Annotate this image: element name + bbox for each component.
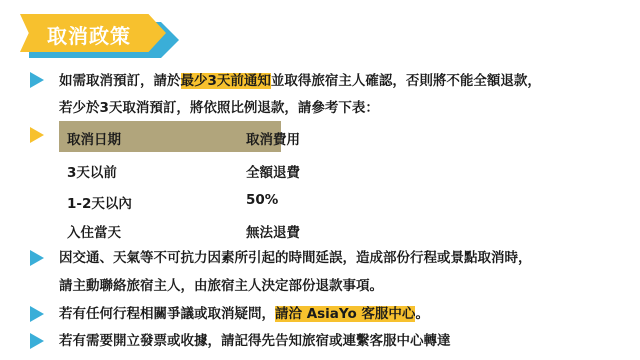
bullet-2-line-1: 因交通、天氣等不可抗力因素所引起的時間延誤，造成部份行程或景點取消時，	[59, 246, 532, 266]
section-banner: 取消政策	[20, 14, 170, 60]
bullet-arrow-icon	[30, 250, 44, 266]
bullet-1-line-2: 若少於3天取消預訂，將依照比例退款，請參考下表：	[59, 96, 379, 116]
banner-title: 取消政策	[47, 20, 131, 49]
bullet-3: 若有任何行程相關爭議或取消疑問，請洽 AsiaYo 客服中心。	[59, 302, 429, 322]
bullet-arrow-icon	[30, 72, 44, 88]
table-cell: 3天以前	[67, 161, 117, 181]
table-header-fee: 取消費用	[246, 128, 300, 148]
bullet-arrow-icon	[30, 333, 44, 349]
highlight-text: 最少3天前通知	[181, 73, 271, 89]
bullet-2-line-2: 請主動聯絡旅宿主人，由旅宿主人決定部份退款事項。	[59, 274, 383, 294]
text: 若有任何行程相關爭議或取消疑問，	[59, 306, 275, 322]
text: 並取得旅宿主人確認，否則將不能全額退款，	[271, 73, 541, 89]
bullet-arrow-icon	[30, 306, 44, 322]
table-header-date: 取消日期	[67, 128, 121, 148]
bullet-1-line-1: 如需取消預訂，請於最少3天前通知並取得旅宿主人確認，否則將不能全額退款，	[59, 69, 541, 89]
highlight-text: 請洽 AsiaYo 客服中心	[275, 306, 415, 322]
text: 如需取消預訂，請於	[59, 73, 181, 89]
table-cell: 入住當天	[67, 221, 121, 241]
table-cell: 全額退費	[246, 161, 300, 181]
bullet-4: 若有需要開立發票或收據，請記得先告知旅宿或連繫客服中心轉達	[59, 329, 451, 349]
bullet-arrow-icon	[30, 127, 44, 143]
table-cell: 無法退費	[246, 221, 300, 241]
table-cell: 1-2天以內	[67, 192, 132, 212]
table-cell: 50%	[246, 192, 278, 208]
text: 。	[415, 306, 429, 322]
